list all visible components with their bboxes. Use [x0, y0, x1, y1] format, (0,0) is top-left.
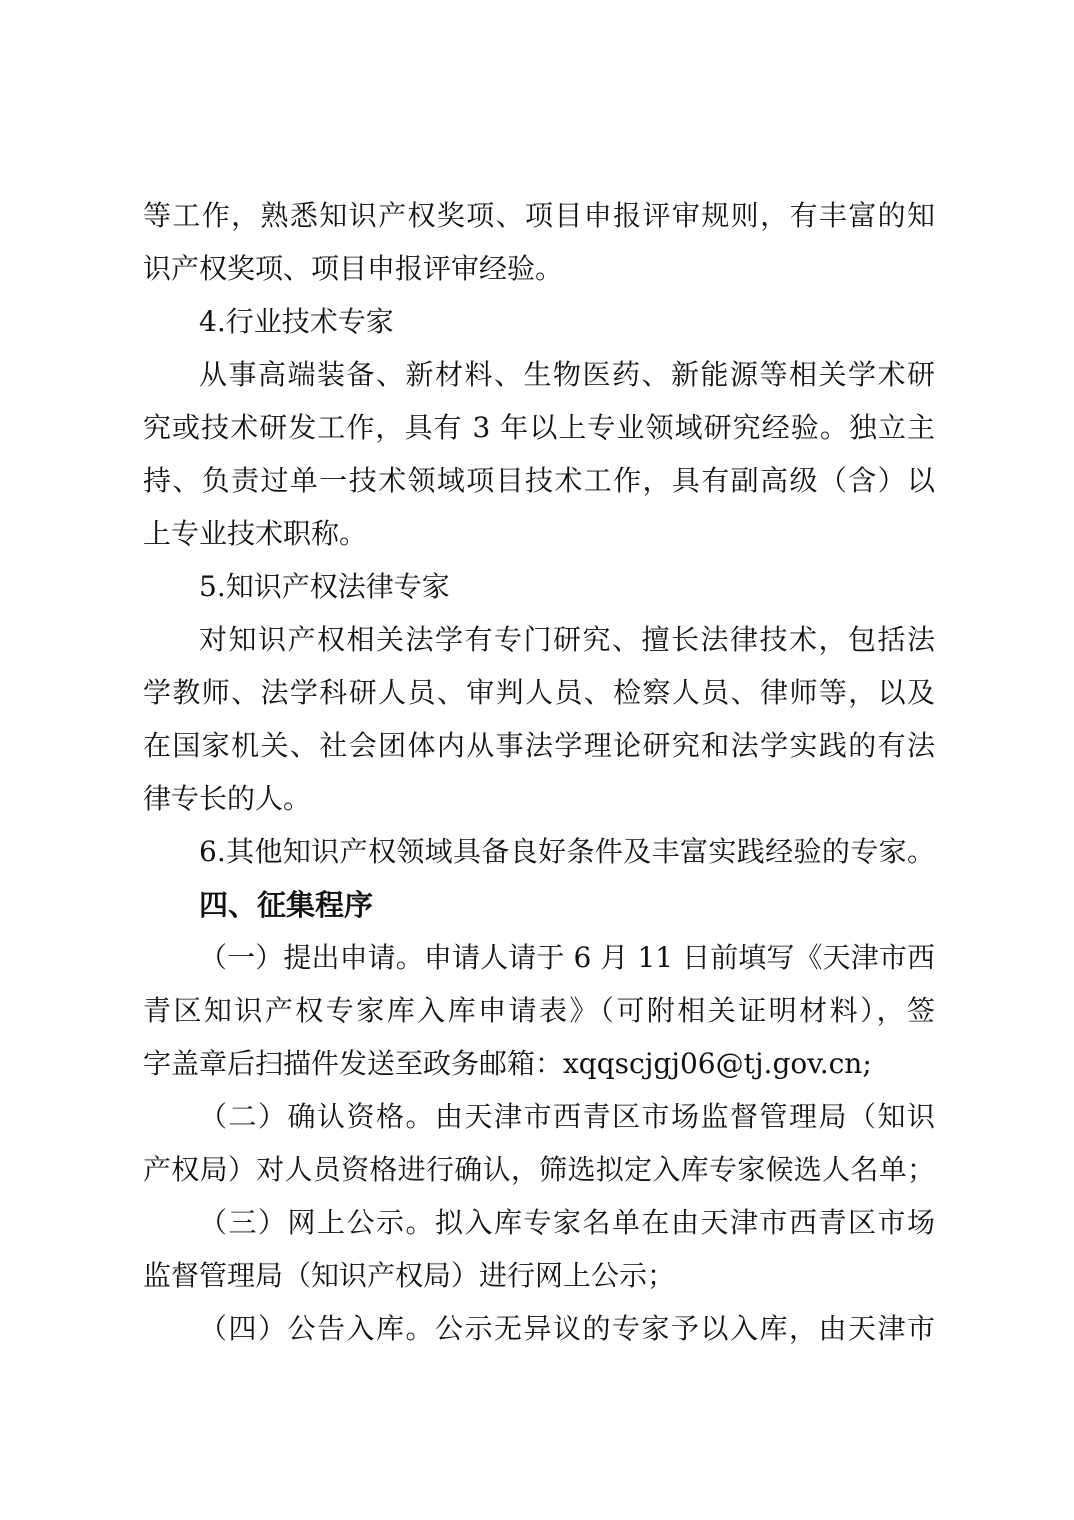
body-line-2: 识产权奖项、项目申报评审经验。	[143, 249, 935, 289]
step-2-line-2: 产权局）对人员资格进行确认，筛选拟定入库专家候选人名单；	[143, 1150, 935, 1190]
item-5-body-line-1: 对知识产权相关法学有专门研究、擅长法律技术，包括法	[199, 620, 935, 660]
item-4-body-line-4: 上专业技术职称。	[143, 514, 935, 554]
item-4-body-line-3: 持、负责过单一技术领域项目技术工作，具有副高级（含）以	[143, 461, 935, 501]
step-3-line-2: 监督管理局（知识产权局）进行网上公示；	[143, 1256, 935, 1296]
step-2-line-1: （二）确认资格。由天津市西青区市场监督管理局（知识	[199, 1097, 935, 1137]
item-4-body-line-1: 从事高端装备、新材料、生物医药、新能源等相关学术研	[199, 355, 935, 395]
item-4-body-line-2: 究或技术研发工作，具有 3 年以上专业领域研究经验。独立主	[143, 408, 935, 448]
item-5-body-line-3: 在国家机关、社会团体内从事法学理论研究和法学实践的有法	[143, 726, 935, 766]
body-line-1: 等工作，熟悉知识产权奖项、项目申报评审规则，有丰富的知	[143, 196, 935, 236]
step-3-line-1: （三）网上公示。拟入库专家名单在由天津市西青区市场	[199, 1203, 935, 1243]
step-1-line-3-email: 字盖章后扫描件发送至政务邮箱：xqqscjgj06@tj.gov.cn;	[143, 1044, 935, 1084]
step-4-line-1: （四）公告入库。公示无异议的专家予以入库，由天津市	[199, 1309, 935, 1349]
item-5-body-line-4: 律专长的人。	[143, 779, 935, 819]
item-6-text: 6.其他知识产权领域具备良好条件及丰富实践经验的专家。	[199, 832, 935, 872]
step-1-line-2: 青区知识产权专家库入库申请表》（可附相关证明材料），签	[143, 991, 935, 1031]
step-1-line-1: （一）提出申请。申请人请于 6 月 11 日前填写《天津市西	[199, 938, 935, 978]
item-5-body-line-2: 学教师、法学科研人员、审判人员、检察人员、律师等，以及	[143, 673, 935, 713]
document-page: 等工作，熟悉知识产权奖项、项目申报评审规则，有丰富的知 识产权奖项、项目申报评审…	[0, 0, 1074, 1520]
item-4-title: 4.行业技术专家	[199, 302, 935, 342]
item-5-title: 5.知识产权法律专家	[199, 567, 935, 607]
section-4-heading: 四、征集程序	[199, 885, 935, 925]
